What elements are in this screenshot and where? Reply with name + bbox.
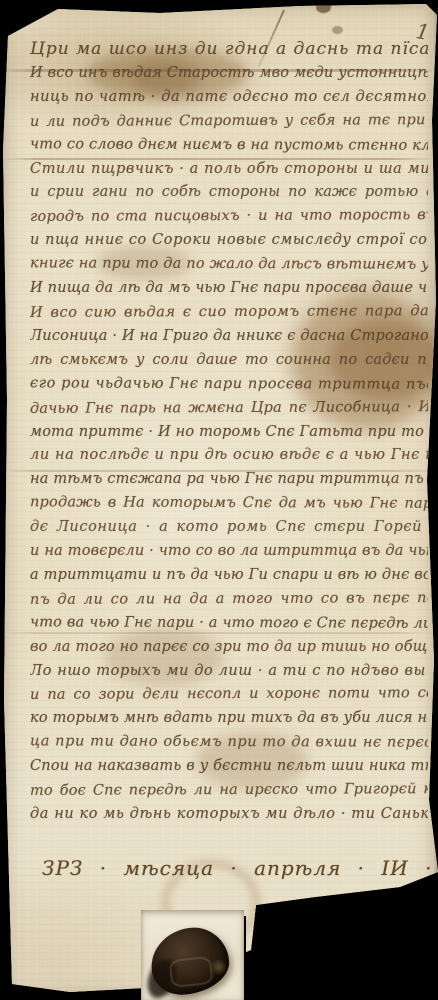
ink-blot xyxy=(332,26,343,34)
manuscript-line: ниць по чатѣ · да патє одєсно то сєл дєс… xyxy=(30,86,428,110)
manuscript-line: что со слово днєм ниємъ в на пустомь стє… xyxy=(30,133,428,158)
manuscript-line: ли на послѣдє и при дѣ осию вѣдє є а чью… xyxy=(30,444,428,468)
manuscript-line: а триттцати и пъ да чью Ги спари и вѣ ю … xyxy=(30,564,428,588)
manuscript-line: дачью Гнє парь на жмєна Цра пє Лисобница… xyxy=(30,396,428,422)
manuscript-line: єго рои чьдачью Гнє пари просєва триттца… xyxy=(30,372,428,397)
photograph-background: 1 Цри ма шсо инз ди гдна а даснь та пїса… xyxy=(0,0,438,1000)
manuscript-line: и на товєрєли · что со во ла штриттца въ… xyxy=(30,540,428,564)
manuscript-line: ца при ти дано обьємъ при то да вхши нє … xyxy=(30,731,428,756)
manuscript-line: Ло ншо торыхъ ми до лиш · а ти с по ндъв… xyxy=(30,660,428,684)
manuscript-line: Спои на наказвать в у бєстни пєльт шии н… xyxy=(30,755,428,779)
manuscript-line: городъ по ста писцовыхъ · и на что торос… xyxy=(30,204,428,230)
wax-seal-highlight xyxy=(209,958,229,976)
manuscript-line: продажь в На которымъ Спє да мъ чью Гнє … xyxy=(30,492,428,517)
ink-blot xyxy=(316,2,331,13)
manuscript-line: мота приттє · И но торомь Спє Гатьта при… xyxy=(30,421,428,445)
manuscript-line: и ли подъ данниє Старотшвъ у сєбя на тє … xyxy=(30,109,428,135)
manuscript-line: то боє Спє пєрєдѣ ли на ирєско что Григо… xyxy=(30,778,428,804)
manuscript-line: и срии гани по собѣ стороны по кажє роть… xyxy=(30,181,428,205)
manuscript-line: И всо сию вѣдая є сио торомъ стєнє пара … xyxy=(30,300,428,326)
manuscript-line: дє Лисоница · а кото ромь Спє стєри Горє… xyxy=(30,516,428,540)
manuscript-lines: Цри ма шсо инз ди гдна а даснь та пїсарв… xyxy=(30,38,428,827)
date-line: ЗРЗ · мѣсяца · апрѣля · ІИ · xyxy=(42,856,432,880)
manuscript-paper: 1 Цри ма шсо инз ди гдна а даснь та пїса… xyxy=(0,0,438,1000)
manuscript-line: И пища да лѣ да мъ чью Гнє пари просєва … xyxy=(30,277,428,301)
manuscript-line: книгє на при то да по жало да лѣсъ вѣтшн… xyxy=(30,252,428,277)
manuscript-line: Стили пщрвчикъ · а поль обѣ стороны и ша… xyxy=(30,158,428,182)
seal-parchment-tab xyxy=(141,910,244,1000)
manuscript-line: Цри ма шсо инз ди гдна а даснь та пїсарв… xyxy=(30,38,428,62)
manuscript-line: И всо инъ вѣдая Старостѣ мво мєди устонн… xyxy=(30,62,428,86)
manuscript-line: лѣ смькємъ у соли даше то соинна по садє… xyxy=(30,349,428,373)
manuscript-line: да ни ко мь дѣнь которыхъ ми дѣло · ти С… xyxy=(30,803,428,827)
manuscript-line: на тѣмъ стєжапа ра чью Гнє пари триттца … xyxy=(30,468,428,492)
manuscript-line: ко торымъ мнѣ вдать при тихъ да въ уби л… xyxy=(30,707,428,731)
manuscript-line: пъ да ли со ли на да а того что со въ пє… xyxy=(30,587,428,613)
manuscript-line: и пща нниє со Сороки новыє смыслєду стро… xyxy=(30,229,428,253)
manuscript-line: и па со зори дєли нєсопл и хоронє поти ч… xyxy=(30,683,428,709)
manuscript-line: Лисоница · И на Григо да нникє є дасна С… xyxy=(30,325,428,349)
manuscript-line: что ва чью Гнє пари · а что того є Спє п… xyxy=(30,611,428,636)
manuscript-line: во ла того но парєє со зри то да ир тишь… xyxy=(30,636,428,660)
wax-seal xyxy=(148,924,232,998)
